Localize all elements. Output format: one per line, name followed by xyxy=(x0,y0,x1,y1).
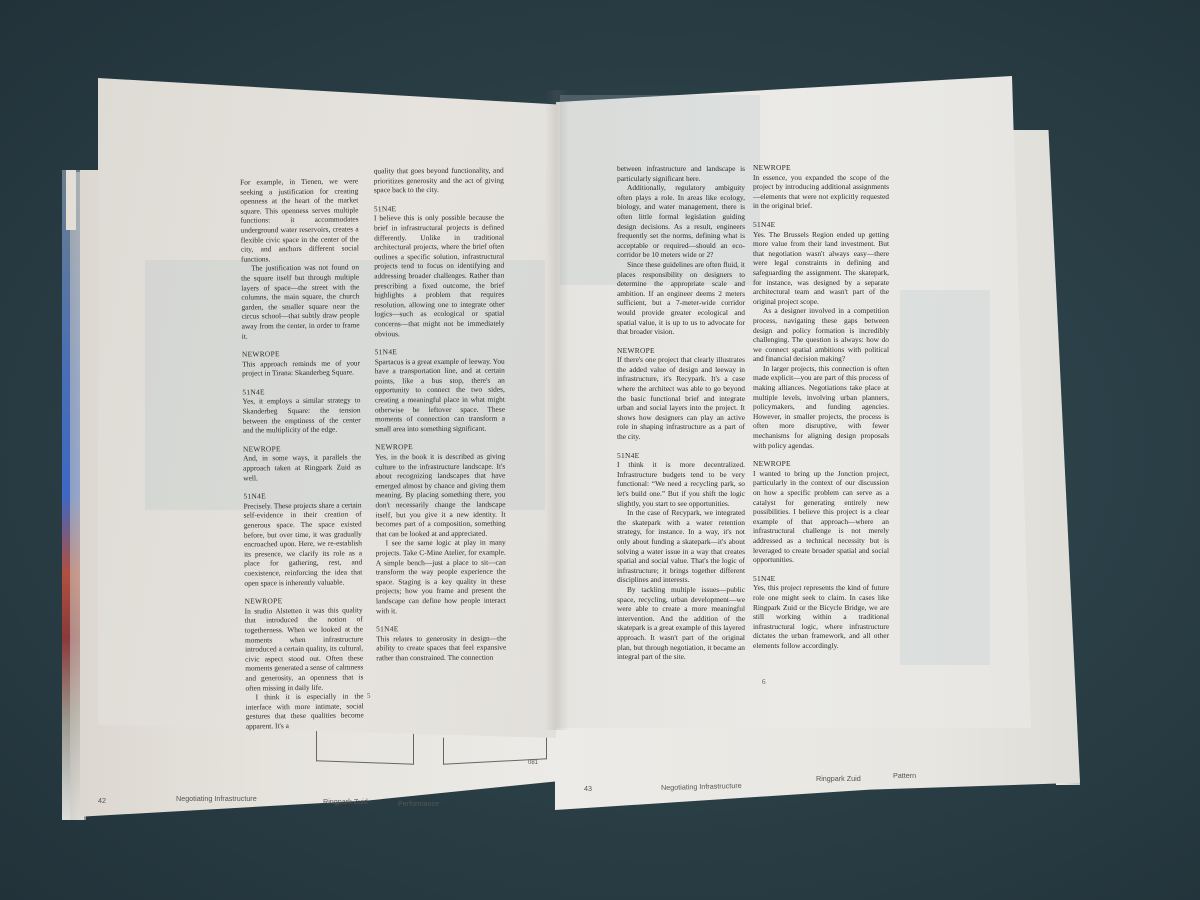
paragraph: In studio Alstetten it was this quality … xyxy=(245,605,364,693)
paragraph: Since these guidelines are often fluid, … xyxy=(617,260,745,337)
magazine-chapter-right: Pattern xyxy=(893,771,916,780)
paragraph: In essence, you expanded the scope of th… xyxy=(753,173,889,211)
paragraph: I wanted to bring up the Jonction projec… xyxy=(753,469,889,565)
paragraph: I see the same logic at play in many pro… xyxy=(376,538,506,615)
paragraph: I think it is especially in the interfac… xyxy=(245,691,363,731)
paragraph: Yes, in the book it is described as givi… xyxy=(375,452,505,539)
show-through-image xyxy=(900,290,990,665)
paragraph: Yes, it employs a similar strategy to Sk… xyxy=(242,396,360,436)
speaker-label: 51N4E xyxy=(753,574,889,584)
plan-drawing-fragment xyxy=(316,730,414,764)
paragraph: I think it is more decentralized. Infras… xyxy=(617,460,745,508)
magazine-project-right: Ringpark Zuid xyxy=(816,774,861,783)
paragraph: In larger projects, this connection is o… xyxy=(753,364,889,450)
magazine-page-number-right: 43 xyxy=(584,784,592,793)
paragraph: And, in some ways, it parallels the appr… xyxy=(243,453,361,483)
magazine-page-number-left: 42 xyxy=(98,796,106,805)
paragraph: This relates to generosity in design—the… xyxy=(376,633,506,662)
paragraph: The justification was not found on the s… xyxy=(241,263,360,341)
interview-column: between infrastructure and landscape is … xyxy=(617,164,745,662)
loose-page-flap xyxy=(66,170,76,230)
speaker-label: NEWROPE xyxy=(753,459,889,469)
speaker-label: 51N4E xyxy=(753,220,889,230)
interview-column: NEWROPEIn essence, you expanded the scop… xyxy=(753,163,889,651)
insert-page-number-right: 6 xyxy=(762,678,766,686)
magazine-running-head-left: Negotiating Infrastructure xyxy=(176,794,257,803)
paragraph: This approach reminds me of your project… xyxy=(242,358,360,378)
paragraph: Additionally, regulatory ambiguity often… xyxy=(617,183,745,260)
spread-gutter-shadow xyxy=(545,90,569,730)
paragraph: between infrastructure and landscape is … xyxy=(617,164,745,183)
paragraph: As a designer involved in a competition … xyxy=(753,306,889,364)
paragraph: Precisely. These projects share a certai… xyxy=(243,500,362,588)
paragraph: Spartacus is a great example of leeway. … xyxy=(375,356,505,433)
paragraph: In the case of Recypark, we integrated t… xyxy=(617,508,745,585)
paragraph: For example, in Tienen, we were seeking … xyxy=(240,176,359,264)
paragraph: Yes. The Brussels Region ended up gettin… xyxy=(753,230,889,307)
paragraph: By tackling multiple issues—public space… xyxy=(617,585,745,662)
magazine-chapter-left: Performance xyxy=(398,799,439,808)
paragraph: quality that goes beyond functionality, … xyxy=(374,166,504,195)
paragraph: Yes, this project represents the kind of… xyxy=(753,583,889,650)
paragraph: If there's one project that clearly illu… xyxy=(617,355,745,441)
paragraph: I believe this is only possible because … xyxy=(374,213,505,338)
interview-column: For example, in Tienen, we were seeking … xyxy=(240,176,364,731)
speaker-label: 51N4E xyxy=(617,451,745,461)
drawing-label: 081 xyxy=(528,760,538,766)
interview-column: quality that goes beyond functionality, … xyxy=(374,166,507,663)
speaker-label: NEWROPE xyxy=(617,346,745,356)
insert-page-number-left: 5 xyxy=(367,692,371,700)
magazine-project-left: Ringpark Zuid xyxy=(323,797,368,806)
speaker-label: NEWROPE xyxy=(753,163,889,173)
